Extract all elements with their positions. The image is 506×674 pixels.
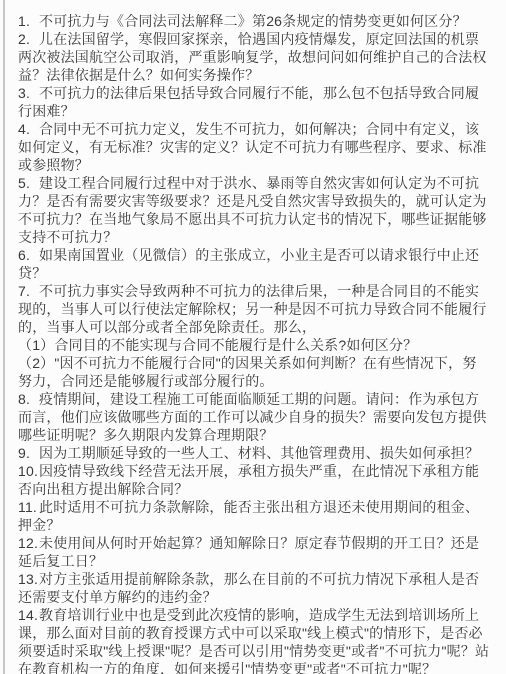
- question-number: 4.: [18, 120, 39, 138]
- question-text: 教育培训行业中也是受到此次疫情的影响，造成学生无法到培训场所上课，那么面对目前的…: [18, 607, 489, 674]
- question-item: 6.如果南国置业（见微信）的主张成立，小业主是否可以请求银行中止还贷？: [18, 246, 490, 282]
- question-text: 儿在法国留学，寒假回家探亲，恰遇国内疫情爆发，原定回法国的机票两次被法国航空公司…: [18, 31, 487, 83]
- question-number: 6.: [18, 246, 39, 264]
- question-text: 不可抗力的法律后果包括导致合同履行不能，那么包不包括导致合同履行困难？: [18, 85, 479, 119]
- question-item: 4.合同中无不可抗力定义，发生不可抗力，如何解决；合同中有定义，该如何定义，有无…: [18, 120, 490, 174]
- question-item: 1.不可抗力与《合同法司法解释二》第26条规定的情势变更如何区分？: [18, 12, 490, 30]
- question-item: （2）"因不可抗力不能履行合同"的因果关系如何判断？在有些情况下，努努力，合同还…: [18, 354, 490, 390]
- question-text: 不可抗力事实会导致两种不可抗力的法律后果，一种是合同目的不能实现的，当事人可以行…: [18, 283, 487, 335]
- document-page: 1.不可抗力与《合同法司法解释二》第26条规定的情势变更如何区分？ 2.儿在法国…: [0, 0, 506, 674]
- question-number: 11.: [18, 498, 39, 516]
- question-number: 5.: [18, 174, 39, 192]
- question-item: 14.教育培训行业中也是受到此次疫情的影响，造成学生无法到培训场所上课，那么面对…: [18, 606, 490, 674]
- question-item: 13.对方主张适用提前解除条款，那么在目前的不可抗力情况下承租人是否还需要支付单…: [18, 570, 490, 606]
- question-number: 10.: [18, 462, 39, 480]
- question-text: 如果南国置业（见微信）的主张成立，小业主是否可以请求银行中止还贷？: [18, 247, 479, 281]
- question-item: 8.疫情期间，建设工程施工可能面临顺延工期的问题。请问：作为承包方而言，他们应该…: [18, 390, 490, 444]
- question-text: 此时适用不可抗力条款解除，能否主张出租方退还未使用期间的租金、押金？: [18, 499, 479, 533]
- question-text: 不可抗力与《合同法司法解释二》第26条规定的情势变更如何区分？: [39, 13, 467, 29]
- question-text: 合同中无不可抗力定义，发生不可抗力，如何解决；合同中有定义，该如何定义，有无标准…: [18, 121, 487, 173]
- question-text: 建设工程合同履行过程中对于洪水、暴雨等自然灾害如何认定为不可抗力？是否有需要灾害…: [18, 175, 487, 245]
- left-edge-line: [3, 0, 5, 674]
- question-item: 3.不可抗力的法律后果包括导致合同履行不能，那么包不包括导致合同履行困难？: [18, 84, 490, 120]
- question-number: 2.: [18, 30, 39, 48]
- question-text: 未使用间从何时开始起算？通知解除日？原定春节假期的开工日？还是延后复工日？: [18, 535, 479, 569]
- question-text: 疫情期间，建设工程施工可能面临顺延工期的问题。请问：作为承包方而言，他们应该做哪…: [18, 391, 487, 443]
- question-number: 8.: [18, 390, 39, 408]
- question-item: 7.不可抗力事实会导致两种不可抗力的法律后果，一种是合同目的不能实现的，当事人可…: [18, 282, 490, 336]
- question-number: 12.: [18, 534, 39, 552]
- question-item: 12.未使用间从何时开始起算？通知解除日？原定春节假期的开工日？还是延后复工日？: [18, 534, 490, 570]
- question-number: 7.: [18, 282, 39, 300]
- question-text: （1）合同目的不能实现与合同不能履行是什么关系?如何区分？: [18, 337, 417, 353]
- question-item: 2.儿在法国留学，寒假回家探亲，恰遇国内疫情爆发，原定回法国的机票两次被法国航空…: [18, 30, 490, 84]
- question-item: 10.因疫情导致线下经营无法开展，承租方损失严重，在此情况下承租方能否向出租方提…: [18, 462, 490, 498]
- question-item: 11.此时适用不可抗力条款解除，能否主张出租方退还未使用期间的租金、押金？: [18, 498, 490, 534]
- question-number: 9.: [18, 444, 39, 462]
- question-text: 因为工期顺延导致的一些人工、材料、其他管理费用、损失如何承担？: [39, 445, 479, 461]
- question-text: （2）"因不可抗力不能履行合同"的因果关系如何判断？在有些情况下，努努力，合同还…: [18, 355, 477, 389]
- question-number: 13.: [18, 570, 39, 588]
- question-item: 5.建设工程合同履行过程中对于洪水、暴雨等自然灾害如何认定为不可抗力？是否有需要…: [18, 174, 490, 246]
- question-number: 14.: [18, 606, 39, 624]
- question-item: （1）合同目的不能实现与合同不能履行是什么关系?如何区分？: [18, 336, 490, 354]
- question-number: 3.: [18, 84, 39, 102]
- question-text: 因疫情导致线下经营无法开展，承租方损失严重，在此情况下承租方能否向出租方提出解除…: [18, 463, 479, 497]
- question-list: 1.不可抗力与《合同法司法解释二》第26条规定的情势变更如何区分？ 2.儿在法国…: [18, 12, 490, 674]
- question-item: 9.因为工期顺延导致的一些人工、材料、其他管理费用、损失如何承担？: [18, 444, 490, 462]
- question-text: 对方主张适用提前解除条款，那么在目前的不可抗力情况下承租人是否还需要支付单方解约…: [18, 571, 479, 605]
- question-number: 1.: [18, 12, 39, 30]
